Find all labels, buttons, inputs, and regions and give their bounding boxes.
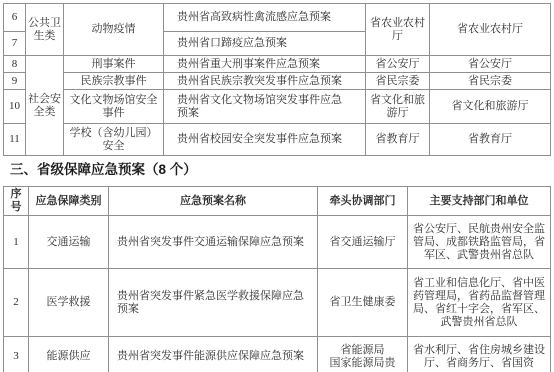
- provincial-special-emergency-plans-table: 6 公共卫生类 动物疫情 贵州省高致病性禽流感应急预案 省农业农村厅 省农业农村…: [3, 3, 551, 156]
- category-cell: 公共卫生类: [26, 4, 64, 56]
- header-support-dept: 主要支持部门和单位: [408, 187, 551, 216]
- seq-cell: 9: [4, 73, 26, 90]
- support-dept-cell: 省教育厅: [430, 124, 551, 156]
- plan-name-cell: 贵州省文化文物场馆突发事件应急预案: [164, 90, 366, 124]
- lead-dept-cell: 省教育厅: [366, 124, 430, 156]
- header-category: 应急保障类别: [29, 187, 109, 216]
- subcategory-cell: 动物疫情: [64, 4, 164, 56]
- plan-name-cell: 贵州省民族宗教突发事件应急预案: [164, 73, 366, 90]
- plan-name-cell: 贵州省高致病性禽流感应急预案: [164, 4, 366, 32]
- support-dept-cell: 省公安厅、民航贵州安全监管局、成都铁路监管局，省军区、武警贵州省总队: [408, 216, 551, 269]
- plan-name-cell: 贵州省突发事件能源供应保障应急预案: [109, 337, 318, 372]
- header-seq: 序号: [4, 187, 29, 216]
- seq-cell: 11: [4, 124, 26, 156]
- support-dept-cell: 省公安厅: [430, 56, 551, 73]
- plan-name-cell: 贵州省重大刑事案件应急预案: [164, 56, 366, 73]
- plan-name-cell: 贵州省突发事件交通运输保障应急预案: [109, 216, 318, 269]
- subcategory-cell: 刑事案件: [64, 56, 164, 73]
- seq-cell: 8: [4, 56, 26, 73]
- table-row: 3 能源供应 贵州省突发事件能源供应保障应急预案 省能源局 国家能源局贵 省水利…: [4, 337, 551, 372]
- lead-dept-cell: 省农业农村厅: [366, 4, 430, 56]
- category-cell: 交通运输: [29, 216, 109, 269]
- table-header-row: 序号 应急保障类别 应急预案名称 牵头协调部门 主要支持部门和单位: [4, 187, 551, 216]
- table-row: 6 公共卫生类 动物疫情 贵州省高致病性禽流感应急预案 省农业农村厅 省农业农村…: [4, 4, 551, 32]
- table-row: 8 社会安全类 刑事案件 贵州省重大刑事案件应急预案 省公安厅 省公安厅: [4, 56, 551, 73]
- support-dept-cell: 省农业农村厅: [430, 4, 551, 56]
- seq-cell: 10: [4, 90, 26, 124]
- table-row: 9 民族宗教事件 贵州省民族宗教突发事件应急预案 省民宗委 省民宗委: [4, 73, 551, 90]
- header-lead-dept: 牵头协调部门: [318, 187, 408, 216]
- lead-dept-cell: 省交通运输厅: [318, 216, 408, 269]
- support-dept-cell: 省水利厅、省住房城乡建设厅、省商务厅、省国资: [408, 337, 551, 372]
- lead-dept-cell: 省公安厅: [366, 56, 430, 73]
- category-cell: 能源供应: [29, 337, 109, 372]
- category-cell: 医学救援: [29, 269, 109, 337]
- lead-dept-cell: 省卫生健康委: [318, 269, 408, 337]
- section-title: 三、省级保障应急预案（8 个）: [10, 159, 550, 181]
- lead-dept-cell: 省文化和旅游厅: [366, 90, 430, 124]
- seq-cell: 3: [4, 337, 29, 372]
- support-dept-cell: 省工业和信息化厅、省中医药管理局，省药品监督管理局、省红十字会，省军区、武警贵州…: [408, 269, 551, 337]
- plan-name-cell: 贵州省口蹄疫应急预案: [164, 32, 366, 56]
- seq-cell: 7: [4, 32, 26, 56]
- header-plan-name: 应急预案名称: [109, 187, 318, 216]
- subcategory-cell: 文化文物场馆安全事件: [64, 90, 164, 124]
- seq-cell: 6: [4, 4, 26, 32]
- lead-dept-cell: 省能源局 国家能源局贵: [318, 337, 408, 372]
- support-dept-cell: 省文化和旅游厅: [430, 90, 551, 124]
- lead-dept-cell: 省民宗委: [366, 73, 430, 90]
- table-row: 1 交通运输 贵州省突发事件交通运输保障应急预案 省交通运输厅 省公安厅、民航贵…: [4, 216, 551, 269]
- plan-name-cell: 贵州省突发事件紧急医学救援保障应急预案: [109, 269, 318, 337]
- table-row: 11 学校（含幼儿园）安全 贵州省校园安全突发事件应急预案 省教育厅 省教育厅: [4, 124, 551, 156]
- table-row: 2 医学救援 贵州省突发事件紧急医学救援保障应急预案 省卫生健康委 省工业和信息…: [4, 269, 551, 337]
- table-row: 10 文化文物场馆安全事件 贵州省文化文物场馆突发事件应急预案 省文化和旅游厅 …: [4, 90, 551, 124]
- subcategory-cell: 民族宗教事件: [64, 73, 164, 90]
- category-cell: 社会安全类: [26, 56, 64, 156]
- seq-cell: 1: [4, 216, 29, 269]
- support-dept-cell: 省民宗委: [430, 73, 551, 90]
- plan-name-cell: 贵州省校园安全突发事件应急预案: [164, 124, 366, 156]
- provincial-support-emergency-plans-table: 序号 应急保障类别 应急预案名称 牵头协调部门 主要支持部门和单位 1 交通运输…: [3, 186, 551, 372]
- subcategory-cell: 学校（含幼儿园）安全: [64, 124, 164, 156]
- seq-cell: 2: [4, 269, 29, 337]
